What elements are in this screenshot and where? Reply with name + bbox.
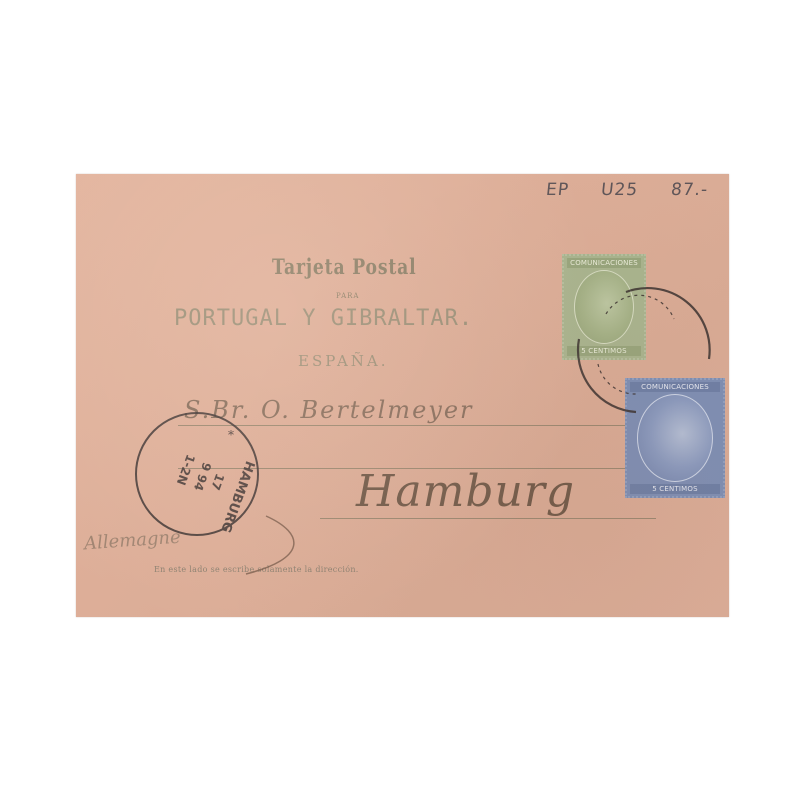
handwriting-flourish <box>246 516 294 574</box>
postmarks-overlay: HAMBURG 17 9 94 1-2N * <box>76 174 729 617</box>
svg-text:HAMBURG: HAMBURG <box>217 459 257 535</box>
postcard: EP U25 87.- Tarjeta Postal PARA PORTUGAL… <box>76 174 729 617</box>
hamburg-postmark: HAMBURG 17 9 94 1-2N * <box>136 413 258 535</box>
svg-text:*: * <box>228 428 234 442</box>
spanish-postmark <box>578 288 710 412</box>
